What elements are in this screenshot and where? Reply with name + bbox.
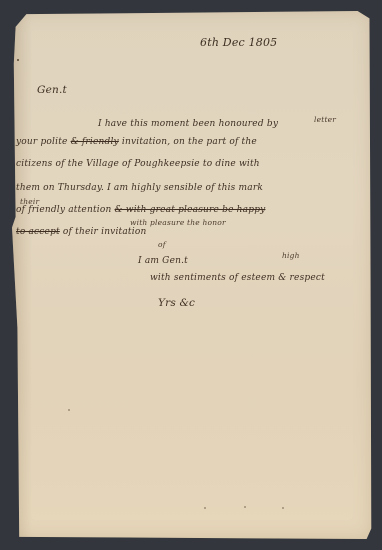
date-line: 6th Dec 1805 bbox=[200, 36, 277, 49]
body-line-5-start: of friendly attention bbox=[16, 205, 115, 215]
struck-text-line-5: & with great pleasure be happy bbox=[115, 205, 266, 215]
body-line-5: of friendly attention & with great pleas… bbox=[16, 205, 265, 215]
body-line-4: them on Thursday. I am highly sensible o… bbox=[16, 183, 263, 193]
ink-dot bbox=[17, 59, 19, 61]
body-line-2: your polite & friendly invitation, on th… bbox=[16, 137, 257, 147]
interlinear-high: high bbox=[282, 251, 300, 260]
body-line-6: to accept of their invitation bbox=[16, 227, 146, 237]
body-line-6-end: of their invitation bbox=[60, 227, 147, 237]
interlinear-of: of bbox=[158, 240, 166, 249]
body-line-2-start: your polite bbox=[16, 137, 71, 147]
body-line-2-end: invitation, on the part of the bbox=[119, 137, 257, 147]
interlinear-letter: letter bbox=[314, 115, 336, 124]
paper-speck bbox=[204, 507, 206, 509]
closing-line-2: with sentiments of esteem & respect bbox=[150, 273, 325, 283]
interlinear-with-pleasure: with pleasure the honor bbox=[130, 218, 226, 227]
salutation: Gen.t bbox=[37, 84, 67, 96]
paper-speck bbox=[282, 507, 284, 509]
paper-speck bbox=[244, 506, 246, 508]
body-line-3: citizens of the Village of Poughkeepsie … bbox=[16, 159, 260, 169]
paper-speck bbox=[68, 409, 70, 411]
closing-line-1: I am Gen.t bbox=[138, 256, 188, 266]
body-line-1: I have this moment been honoured by bbox=[98, 119, 278, 129]
struck-text-line-6: to accept bbox=[16, 227, 60, 237]
struck-text-line-2: & friendly bbox=[71, 137, 119, 147]
closing-line-3: Yrs &c bbox=[158, 297, 195, 309]
letter-page: 6th Dec 1805 Gen.t letter I have this mo… bbox=[12, 11, 372, 539]
